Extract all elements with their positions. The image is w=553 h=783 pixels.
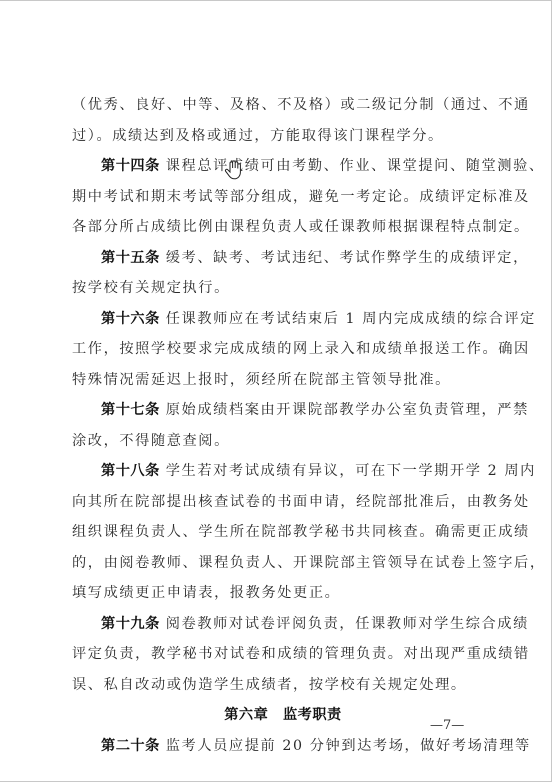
article-18: 第十八条学生若对考试成绩有异议，可在下一学期开学 2 周内 向其所在院部提出核查… <box>72 456 494 609</box>
text-line: 向其所在院部提出核查试卷的书面申请，经院部批准后，由教务处 <box>72 487 494 518</box>
text-line: 评定负责，教学秘书对试卷和成绩的管理负责。对出现严重成绩错 <box>72 639 494 670</box>
article-text: 课程总评成绩可由考勤、作业、课堂提问、随堂测验、 <box>166 158 545 174</box>
text-line: 填写成绩更正申请表，报教务处更正。 <box>72 578 494 609</box>
text-line: 各部分所占成绩比例由课程负责人或任课教师根据课程特点制定。 <box>72 212 494 243</box>
article-17: 第十七条原始成绩档案由开课院部教学办公室负责管理，严禁 涂改，不得随意查阅。 <box>72 395 494 456</box>
article-label: 第十八条 <box>101 463 160 479</box>
text-line: （优秀、良好、中等、及格、不及格）或二级记分制（通过、不通 <box>72 90 494 121</box>
text-line: 涂改，不得随意查阅。 <box>72 426 494 457</box>
article-label: 第十七条 <box>101 402 160 418</box>
article-19: 第十九条阅卷教师对试卷评阅负责，任课教师对学生综合成绩 评定负责，教学秘书对试卷… <box>72 609 494 701</box>
article-14: 第十四条课程总评成绩可由考勤、作业、课堂提问、随堂测验、 期中考试和期末考试等部… <box>72 151 494 243</box>
page-number: —7— <box>430 718 464 733</box>
text-line: 过）。成绩达到及格或通过，方能取得该门课程学分。 <box>72 121 494 152</box>
article-text: 原始成绩档案由开课院部教学办公室负责管理，严禁 <box>166 402 529 418</box>
article-text: 监考人员应提前 20 分钟到达考场，做好考场清理等 <box>166 738 531 754</box>
document-page: （优秀、良好、中等、及格、不及格）或二级记分制（通过、不通 过）。成绩达到及格或… <box>72 90 494 761</box>
text-line: 误、私自改动或伪造学生成绩者，按学校有关规定处理。 <box>72 670 494 701</box>
text-line: 特殊情况需延迟上报时，须经所在院部主管领导批准。 <box>72 365 494 396</box>
article-text: 缓考、缺考、考试违纪、考试作弊学生的成绩评定， <box>166 250 529 266</box>
article-label: 第十四条 <box>101 158 160 174</box>
article-text: 学生若对考试成绩有异议，可在下一学期开学 2 周内 <box>166 463 536 479</box>
text-line: 工作，按照学校要求完成成绩的网上录入和成绩单报送工作。确因 <box>72 334 494 365</box>
article-label: 第十九条 <box>101 616 160 632</box>
article-text: 任课教师应在考试结束后 1 周内完成成绩的综合评定 <box>166 311 536 327</box>
article-label: 第十五条 <box>101 250 160 266</box>
article-label: 第十六条 <box>101 311 160 327</box>
text-line: 按学校有关规定执行。 <box>72 273 494 304</box>
text-line: 组织课程负责人、学生所在院部教学秘书共同核查。确需更正成绩 <box>72 517 494 548</box>
article-15: 第十五条缓考、缺考、考试违纪、考试作弊学生的成绩评定， 按学校有关规定执行。 <box>72 243 494 304</box>
hand-pointer-icon <box>224 160 242 180</box>
article-16: 第十六条任课教师应在考试结束后 1 周内完成成绩的综合评定 工作，按照学校要求完… <box>72 304 494 396</box>
text-line: 的，由阅卷教师、课程负责人、开课院部主管领导在试卷上签字后， <box>72 548 494 579</box>
article-20: 第二十条监考人员应提前 20 分钟到达考场，做好考场清理等 <box>72 731 494 762</box>
text-line: 期中考试和期末考试等部分组成，避免一考定论。成绩评定标准及 <box>72 182 494 213</box>
article-label: 第二十条 <box>101 738 160 754</box>
article-text: 阅卷教师对试卷评阅负责，任课教师对学生综合成绩 <box>166 616 529 632</box>
